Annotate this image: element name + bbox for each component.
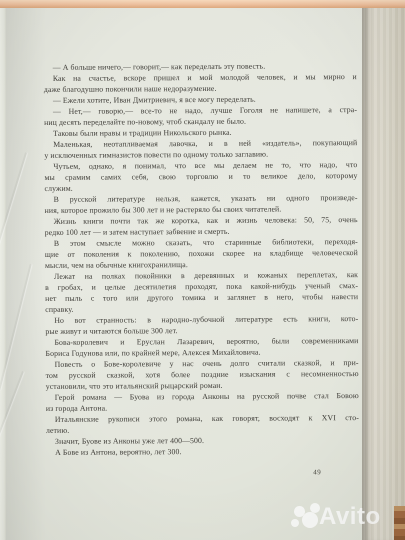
avito-wordmark-label: Avito	[319, 503, 381, 531]
avito-logo-circle	[310, 503, 320, 513]
avito-logo-circle	[302, 512, 318, 528]
page-content: — А больше ничего,— говорит,— как переде…	[0, 0, 405, 540]
text-line: Итальянские рукописи этого романа, как г…	[46, 412, 359, 425]
table-surface	[394, 506, 405, 540]
page-number: 49	[313, 468, 321, 476]
page-text: — А больше ничего,— говорит,— как переде…	[44, 60, 359, 458]
text-line: А Бове из Антона, вероятно, лет 300.	[46, 445, 359, 458]
avito-logo-circle	[291, 519, 299, 527]
text-line: нет пыль с того или другого томика и заг…	[45, 291, 358, 304]
avito-watermark: Avito	[291, 503, 381, 533]
text-line: мы срамим самих себя, свою торговлю и то…	[44, 170, 357, 183]
book-cover-edge	[0, 0, 405, 8]
avito-logo-icon	[291, 503, 319, 533]
text-line: щие от поколения к поколению, похожи ско…	[45, 247, 358, 260]
book-page-photo: — А больше ничего,— говорит,— как переде…	[0, 0, 405, 540]
text-line: Герой романа — Буова из города Анконы на…	[46, 390, 359, 403]
text-line: Но вот странность: в народно-лубочной ли…	[45, 313, 358, 326]
